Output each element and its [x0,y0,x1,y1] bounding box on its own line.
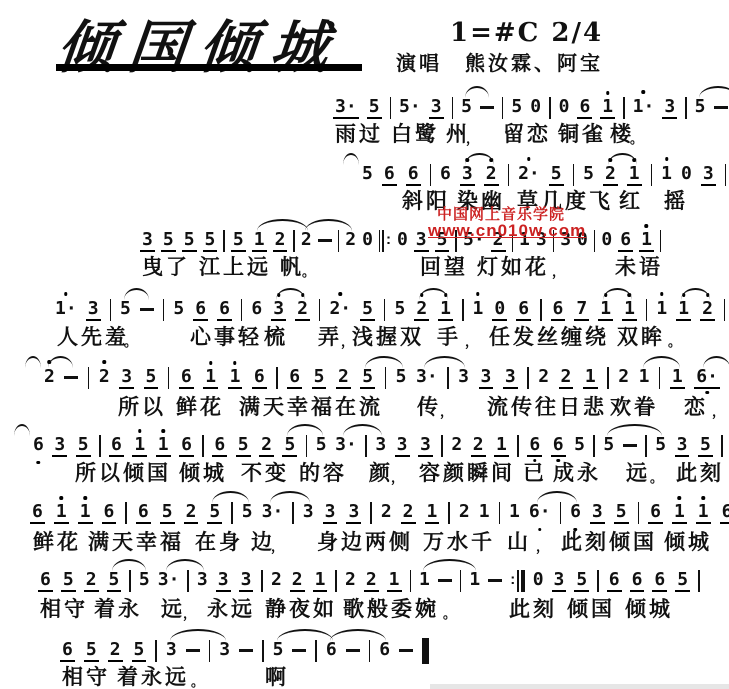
note: 3 [323,501,338,524]
lyric-punctuation: ， [440,401,453,420]
note-number: 2 [518,163,529,184]
note: 5 [360,366,375,389]
note: 3 [479,366,494,389]
barline [155,640,157,662]
note: 5 [273,638,284,662]
duration-dash [346,649,360,652]
note-number: 2 [301,229,312,250]
note: 2 [364,569,379,592]
note: 2 [184,501,199,524]
barline [202,435,204,457]
note: 1· [55,297,77,321]
note-number: 2 [275,229,286,250]
note: 5 [173,297,184,321]
tie-arc [603,288,632,300]
note-number: 6 [195,298,206,319]
note-number: 2 [271,569,282,590]
lyric-text: 江上远 [199,251,271,281]
note-number: 3 [592,501,603,522]
note: 5 [396,365,407,389]
note: 2 [538,365,549,389]
notation-line: 6116652553·3332212116·6356116 [30,500,729,526]
note: 6 [217,298,232,321]
note: 3 [86,298,101,321]
note: 1 [639,229,654,252]
tie-arc [124,288,149,300]
note-number: 1 [678,298,689,319]
lyric-text: 倾城 [179,457,227,487]
augmentation-dot: · [529,163,540,184]
note-number: 6 [529,434,540,455]
note-number: 2 [473,434,484,455]
note-number: 1 [473,298,484,319]
duration-dash [140,308,154,311]
duration-dash [623,444,637,447]
barline [261,570,263,592]
note-number: 1 [254,229,265,250]
note: 5 [362,162,373,186]
note-number: 2 [329,298,340,319]
lyric-text: 双眸 [617,321,665,351]
note: 2 [44,365,55,389]
note: 5 [698,434,713,457]
barline [527,367,529,389]
note: 2 [108,639,123,662]
lyric-text: 雨过 [335,118,383,148]
note: 6 [577,96,592,119]
octave-dot-above [678,496,682,500]
barline [651,164,653,186]
note: 3 [701,163,716,186]
tie-arc [608,153,637,165]
note: 6 [379,638,390,662]
barline [370,502,372,524]
note-number: 2 [345,229,356,250]
lyric-text: 在身 [195,526,243,556]
lyric-text: 倾国 [567,593,615,623]
barline [365,435,367,457]
barline [517,435,519,457]
note-number: 5 [134,639,145,660]
note-number: 2 [459,501,470,522]
barline [129,570,131,592]
note-number: 6 [384,163,395,184]
note-number: 6 [32,501,43,522]
note: 3 [216,569,231,592]
lyric-text: 手 [437,321,461,351]
tie-arc [365,356,403,368]
note: 3 [503,366,518,389]
lyric-punctuation: 。 [124,331,137,350]
notation-line: 6356116652553·3332216655535 [33,433,723,459]
note-number: 1 [469,569,480,590]
note-number: 5 [511,96,522,117]
barline [163,299,165,321]
note-number: 3 [262,501,273,522]
sheet-music-page: { "header": { "title": "倾国倾城", "key_time… [0,0,729,689]
note: 3 [219,638,230,662]
barline [187,570,189,592]
note: 6 [440,162,451,186]
lyric-text: 未语 [615,251,663,281]
note-number: 5 [163,229,174,250]
note: 6 [30,501,45,524]
barline [460,570,462,592]
barline [452,97,454,119]
repeat-end-sign: : [510,568,525,592]
note-number: 5 [314,366,325,387]
note: 2 [381,500,392,524]
octave-dot-above [83,496,87,500]
barline [223,230,225,252]
note-number: 6 [579,96,590,117]
note-number: 5 [316,434,327,455]
note: 6 [102,501,117,524]
note: 5 [574,569,589,592]
barline [382,230,384,252]
notation-line: 22356116652553·3332212116· [44,365,729,391]
note-number: 1 [600,298,611,319]
note: 6 [551,434,566,457]
note-number: 3 [335,96,346,117]
note: 5 [144,366,159,389]
note-number: 6 [654,569,665,590]
note-number: 2 [186,501,197,522]
note: 5 [312,366,327,389]
note: 5 [360,298,375,321]
barline [549,97,551,119]
note-number: 3 [703,163,714,184]
barline [573,164,575,186]
note: 1 [627,163,642,186]
octave-dot-above [60,496,64,500]
lyric-text: 摇 [664,185,688,215]
note-number: 2 [345,569,356,590]
lyric-text: 万水千 [423,526,495,556]
octave-dot-above [476,292,480,296]
note: 6 [252,366,267,389]
tie-arc-lead [14,424,30,436]
note: 3· [416,365,438,389]
note: 5 [231,229,246,252]
note: 5 [394,297,405,321]
note-number: 6 [696,366,707,387]
lyric-text: 白鹭 [391,118,439,148]
note: 0 [397,228,408,252]
tie-arc [166,559,204,571]
lyric-punctuation: 。 [443,603,456,622]
note-number: 2 [110,639,121,660]
note: 1 [156,434,171,457]
note: 1 [670,366,685,389]
note: 1 [78,501,93,524]
note-number: 5 [139,569,150,590]
tie-arc [537,491,577,503]
note-number: 3 [241,569,252,590]
note-number: 5 [242,501,253,522]
note-number: 2 [297,298,308,319]
duration-dash [292,649,306,652]
note-number: 2 [561,366,572,387]
note: 5 [461,95,472,119]
note-number: 3 [416,229,427,250]
note-number: 3 [142,229,153,250]
note-number: 2 [538,366,549,387]
note: 6 [136,501,151,524]
note-number: 2 [702,298,713,319]
note-number: 1 [661,163,672,184]
barline [241,299,243,321]
augmentation-dot: · [346,96,357,117]
note-number: 2 [366,569,377,590]
note-number: 5 [273,639,284,660]
lyric-text: 颜 [369,457,393,487]
note: 5 [207,501,222,524]
lyric-text: 回望 [420,251,468,281]
note: 2 [301,228,312,252]
tie-arc [643,356,680,368]
note: 6 [652,569,667,592]
lyric-punctuation: ， [465,331,478,350]
lyric-text: 容颜瞬间 [419,457,515,487]
note-number: 2 [403,501,414,522]
note: 1 [509,500,520,524]
note: 1 [203,366,218,389]
lyric-text: 着永 [94,593,142,623]
note: 5 [203,229,218,252]
lyric-text: 远 [626,457,650,487]
note-number: 5 [396,366,407,387]
note: 2 [336,366,351,389]
note: 2 [618,365,629,389]
note-number: 5 [551,163,562,184]
barline [645,435,647,457]
lyric-text: 梳 [264,321,288,351]
note-number: 2 [292,569,303,590]
note-number: 5 [616,501,627,522]
note-number: 1 [389,569,400,590]
note: 5 [603,433,614,457]
note-number: 1 [674,501,685,522]
note: 2 [259,434,274,457]
barline [517,570,519,592]
note-number: 1 [656,298,667,319]
note-number: 5 [120,298,131,319]
note-number: 3 [348,501,359,522]
note: 0 [530,95,541,119]
octave-dot-above [209,361,213,365]
note-number: 5 [238,434,249,455]
lyric-text: 浅握双 [352,321,424,351]
note: 2 [700,298,715,321]
lyric-text: 的容 [299,457,347,487]
lyric-text: 此刻 [509,593,557,623]
note-number: 3 [420,434,431,455]
tie-arc [699,86,729,98]
note: 6· [529,500,551,524]
barline [462,299,464,321]
repeat-dots: : [510,569,515,591]
note-number: 2 [44,366,55,387]
barline [384,299,386,321]
note: 3 [590,501,605,524]
note: 0 [533,568,544,592]
note: 5 [161,229,176,252]
note-number: 3 [218,569,229,590]
note-number: 6 [553,298,564,319]
note-number: 5 [461,96,472,117]
barline [110,299,112,321]
note: 2 [290,569,305,592]
note-number: 6 [62,639,73,660]
barline [660,230,662,252]
lyric-text: 满天幸福 [88,526,184,556]
lyric-punctuation: 。 [191,671,204,689]
repeat-dots: : [386,229,391,251]
note-number: 6 [408,163,419,184]
note: 1 [656,297,667,321]
note: 6 [179,366,194,389]
note: 2 [484,163,499,186]
barline [99,435,101,457]
octave-dot-above [642,90,646,94]
barline [231,502,233,524]
note-number: 5 [399,96,410,117]
note: 5 [282,434,297,457]
lyric-punctuation: ， [466,128,479,147]
tie-arc [276,288,305,300]
note: 3 [460,163,475,186]
note-number: 3 [677,434,688,455]
note: 5 [139,568,150,592]
duration-dash [399,649,413,652]
note: 1 [622,298,637,321]
note-number: 5 [603,434,614,455]
octave-dot-above [161,429,165,433]
tie-arc [419,288,448,300]
note: 2 [345,228,356,252]
tie-arc [277,629,333,641]
note: 6 [720,501,729,524]
note: 6 [287,366,302,389]
note: 2 [295,298,310,321]
tie-arc [343,424,382,436]
note-number: 1 [602,96,613,117]
note-number: 1 [134,434,145,455]
note-number: 6 [632,569,643,590]
octave-dot-above [645,224,649,228]
note-number: 2 [416,298,427,319]
notation-line: 652553·33322122111:0356665 [38,568,700,594]
barline [88,367,90,389]
tie-arc [257,219,308,231]
lyric-text: 相守 [62,661,110,689]
note-number: 3 [88,298,99,319]
augmentation-dot: · [540,501,551,522]
barline [607,367,609,389]
tie-arc [212,491,249,503]
note-number: 1 [205,366,216,387]
notation-line: 652533566 [60,638,429,664]
augmentation-dot: · [643,96,654,117]
note-number: 1 [230,366,241,387]
note: 5· [399,95,421,119]
note-number: 6 [529,501,540,522]
note-number: 5 [146,366,157,387]
note-number: 2 [86,569,97,590]
note-number: 6 [251,298,262,319]
note-number: 6 [181,434,192,455]
barline [721,435,723,457]
note-number: 6 [254,366,265,387]
augmentation-dot: · [410,96,421,117]
note-number: 1 [509,501,520,522]
note-number: 2 [451,434,462,455]
lyric-punctuation: ， [712,401,725,420]
note-number: 6 [620,229,631,250]
note: 6 [251,297,262,321]
note-number: 6 [33,434,44,455]
note-number: 1 [440,298,451,319]
duration-dash [714,106,728,109]
barline [540,299,542,321]
note-number: 5 [86,639,97,660]
lyric-text: 此刻倾国 [561,526,657,556]
note-number: 6 [379,639,390,660]
note: 2 [401,501,416,524]
note: 3 [675,434,690,457]
note-number: 6 [111,434,122,455]
tie-arc [48,356,73,368]
barline [315,640,317,662]
note: 6 [570,500,581,524]
note: 6 [212,434,227,457]
note-number: 0 [397,229,408,250]
note-number: 2 [99,366,110,387]
note: 1 [600,96,615,119]
note-number: 6 [219,298,230,319]
lyric-text: 帆 [280,251,304,281]
note: 1 [387,569,402,592]
lyric-text: 所以 [118,391,166,421]
note: 0 [601,228,612,252]
note: 5 [695,95,706,119]
note-number: 0 [533,569,544,590]
tie-arc [607,424,662,436]
note-number: 2 [486,163,497,184]
note: 6 [38,569,53,592]
note: 5 [242,500,253,524]
note: 3 [166,638,177,662]
note-number: 1 [496,434,507,455]
note: 3 [662,96,677,119]
note: 3 [52,434,67,457]
note: 1 [419,568,430,592]
note: 3 [140,229,155,252]
note-number: 6 [40,569,51,590]
note-number: 5 [362,298,373,319]
note: 6 [193,298,208,321]
note-number: 6 [440,163,451,184]
note-number: 3 [462,163,473,184]
barline [685,97,687,119]
note: 6 [516,298,531,321]
note: 2 [459,500,470,524]
note-number: 5 [109,569,120,590]
note: 6 [179,434,194,457]
note-number: 3 [273,298,284,319]
octave-dot-above [138,429,142,433]
